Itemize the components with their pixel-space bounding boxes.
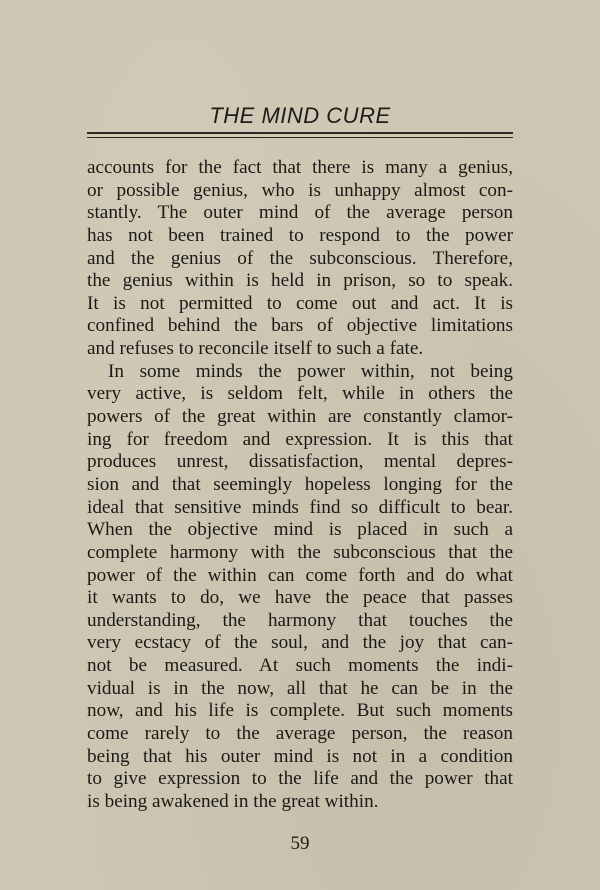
text-line: confined behind the bars of objective li… xyxy=(87,315,513,338)
text-line: very active, is seldom felt, while in ot… xyxy=(87,383,513,406)
text-line: ing for freedom and expression. It is th… xyxy=(87,429,513,452)
text-line: stantly. The outer mind of the average p… xyxy=(87,202,513,225)
text-line: or possible genius, who is unhappy almos… xyxy=(87,180,513,203)
text-line: to give expression to the life and the p… xyxy=(87,768,513,791)
text-line: power of the within can come forth and d… xyxy=(87,565,513,588)
body-text: accounts for the fact that there is many… xyxy=(87,157,513,814)
text-line: vidual is in the now, all that he can be… xyxy=(87,678,513,701)
header-rule-thin xyxy=(87,137,513,138)
text-line: being that his outer mind is not in a co… xyxy=(87,746,513,769)
text-line: it wants to do, we have the peace that p… xyxy=(87,587,513,610)
text-line: now, and his life is complete. But such … xyxy=(87,700,513,723)
text-line: It is not permitted to come out and act.… xyxy=(87,293,513,316)
text-line: produces unrest, dissatisfaction, mental… xyxy=(87,451,513,474)
running-head: THE MIND CURE xyxy=(0,103,600,129)
text-line: and refuses to reconcile itself to such … xyxy=(87,338,513,361)
page-number: 59 xyxy=(0,833,600,855)
header-rule-thick xyxy=(87,132,513,134)
text-line: accounts for the fact that there is many… xyxy=(87,157,513,180)
text-line: understanding, the harmony that touches … xyxy=(87,610,513,633)
text-line: very ecstacy of the soul, and the joy th… xyxy=(87,632,513,655)
text-line: sion and that seemingly hopeless longing… xyxy=(87,474,513,497)
book-page: THE MIND CURE accounts for the fact that… xyxy=(0,0,600,890)
text-line: In some minds the power within, not bein… xyxy=(87,361,513,384)
text-line: not be measured. At such moments the ind… xyxy=(87,655,513,678)
text-line: complete harmony with the subconscious t… xyxy=(87,542,513,565)
text-line: come rarely to the average person, the r… xyxy=(87,723,513,746)
text-line: and the genius of the subconscious. Ther… xyxy=(87,248,513,271)
text-line: has not been trained to respond to the p… xyxy=(87,225,513,248)
text-line: powers of the great within are constantl… xyxy=(87,406,513,429)
text-line: the genius within is held in prison, so … xyxy=(87,270,513,293)
text-line: is being awakened in the great within. xyxy=(87,791,513,814)
text-line: ideal that sensitive minds find so diffi… xyxy=(87,497,513,520)
text-line: When the objective mind is placed in suc… xyxy=(87,519,513,542)
